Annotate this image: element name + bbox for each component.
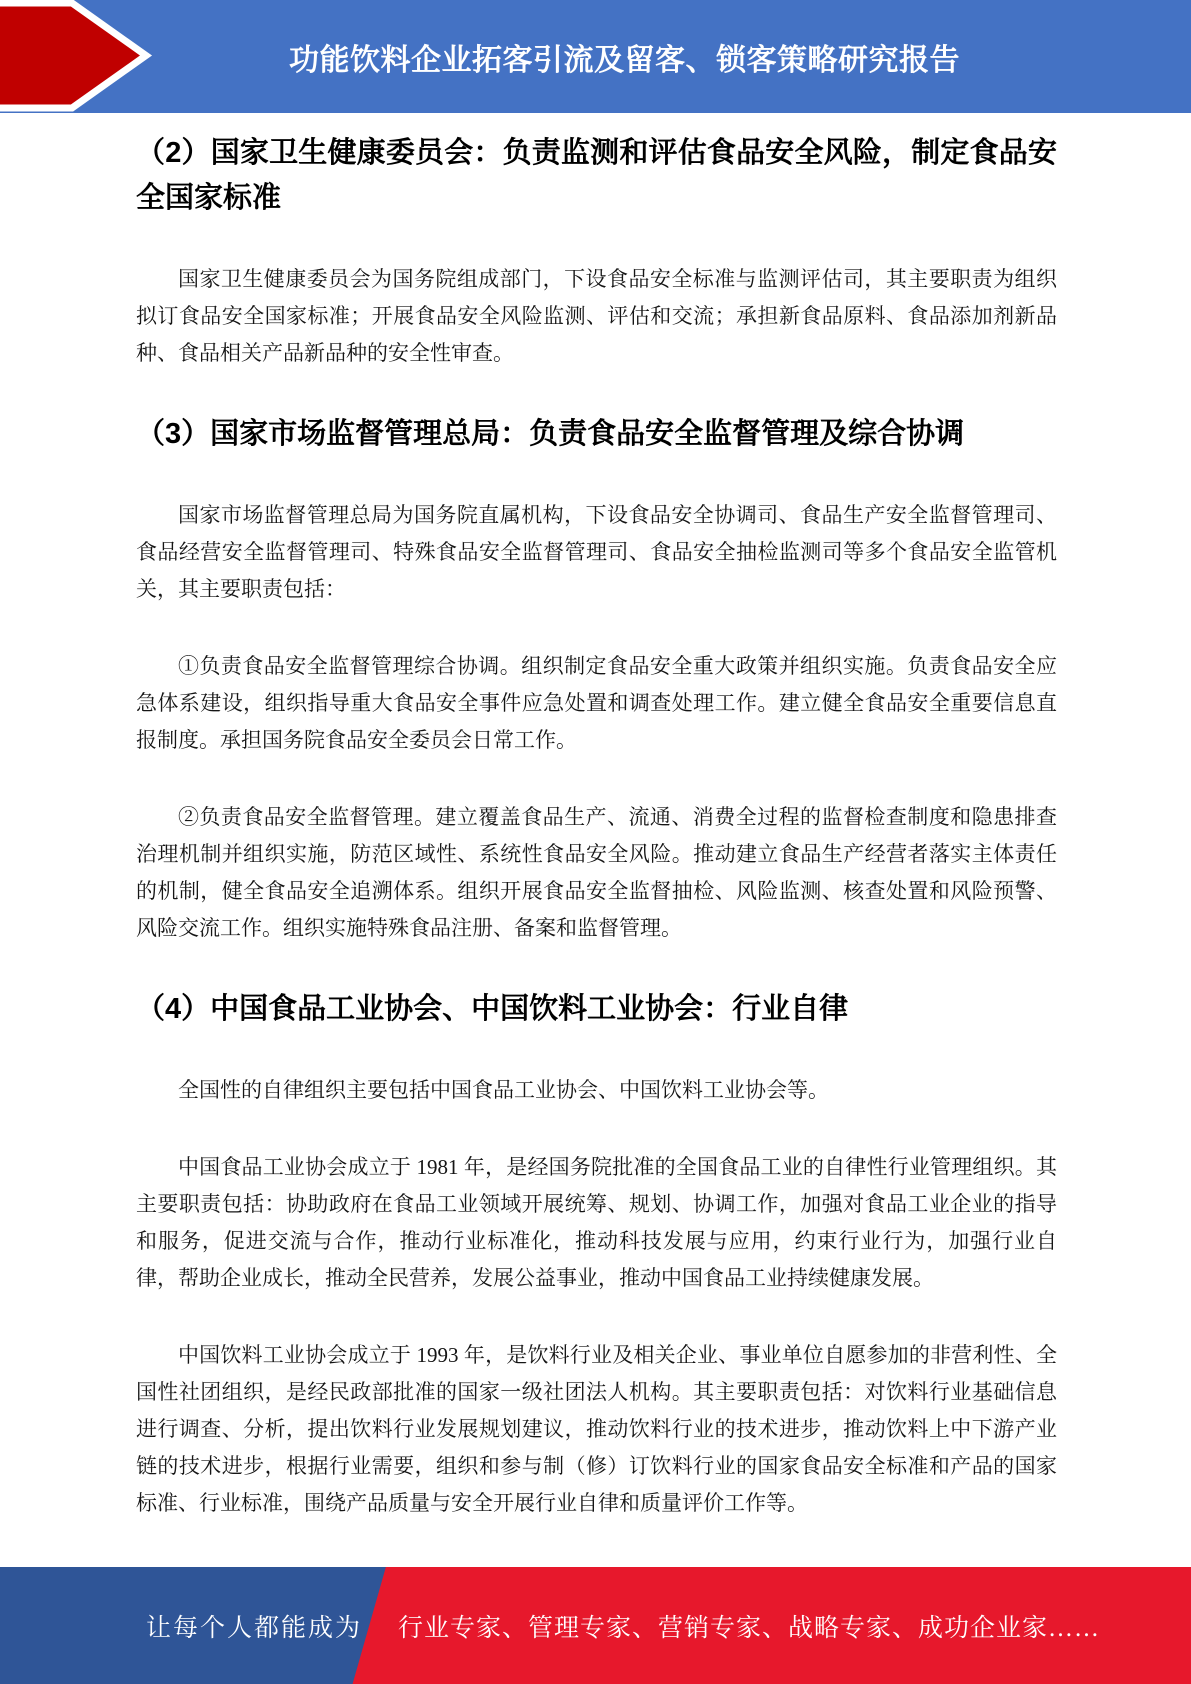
paragraph-samr-structure: 国家市场监督管理总局为国务院直属机构，下设食品安全协调司、食品生产安全监督管理司… (136, 497, 1057, 608)
paragraph-food-industry-association: 中国食品工业协会成立于 1981 年，是经国务院批准的全国食品工业的自律性行业管… (136, 1149, 1057, 1297)
footer-slogan-left: 让每个人都能成为 (146, 1567, 362, 1684)
paragraph-beverage-industry-association: 中国饮料工业协会成立于 1993 年，是饮料行业及相关企业、事业单位自愿参加的非… (136, 1337, 1057, 1522)
page-footer: 让每个人都能成为 行业专家、管理专家、营销专家、战略专家、成功企业家…… (0, 1567, 1191, 1684)
paragraph-samr-duty-1: ①负责食品安全监督管理综合协调。组织制定食品安全重大政策并组织实施。负责食品安全… (136, 648, 1057, 759)
report-page: 功能饮料企业拓客引流及留客、锁客策略研究报告 （2）国家卫生健康委员会：负责监测… (0, 0, 1191, 1684)
section-heading-3: （3）国家市场监督管理总局：负责食品安全监督管理及综合协调 (136, 412, 1057, 457)
paragraph-nhc-duties: 国家卫生健康委员会为国务院组成部门，下设食品安全标准与监测评估司，其主要职责为组… (136, 261, 1057, 372)
section-heading-4: （4）中国食品工业协会、中国饮料工业协会：行业自律 (136, 987, 1057, 1032)
paragraph-associations-intro: 全国性的自律组织主要包括中国食品工业协会、中国饮料工业协会等。 (136, 1072, 1057, 1109)
paragraph-samr-duty-2: ②负责食品安全监督管理。建立覆盖食品生产、流通、消费全过程的监督检查制度和隐患排… (136, 799, 1057, 947)
page-header: 功能饮料企业拓客引流及留客、锁客策略研究报告 (0, 0, 1191, 113)
report-title: 功能饮料企业拓客引流及留客、锁客策略研究报告 (0, 0, 1191, 113)
document-body: （2）国家卫生健康委员会：负责监测和评估食品安全风险，制定食品安全国家标准 国家… (136, 113, 1057, 1602)
footer-slogan-right: 行业专家、管理专家、营销专家、战略专家、成功企业家…… (398, 1567, 1100, 1684)
section-heading-2: （2）国家卫生健康委员会：负责监测和评估食品安全风险，制定食品安全国家标准 (136, 131, 1057, 221)
